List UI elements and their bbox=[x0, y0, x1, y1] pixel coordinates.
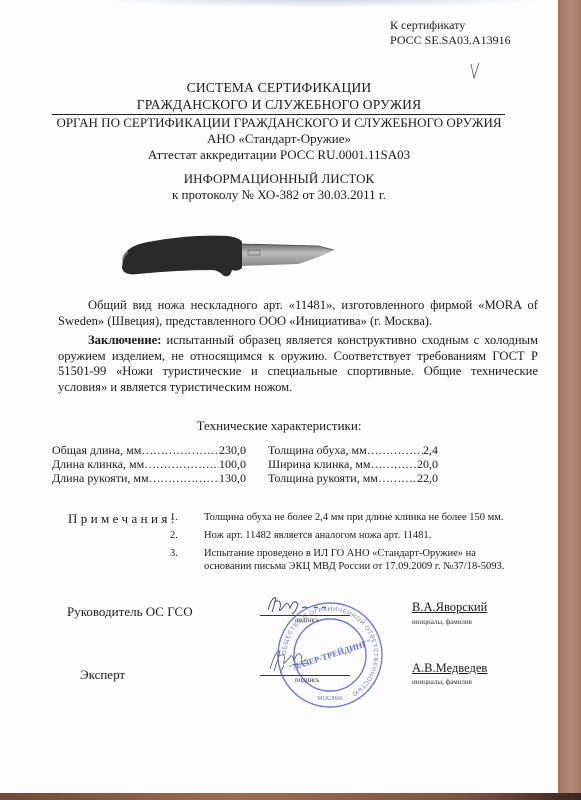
title-line1: ИНФОРМАЦИОННЫЙ ЛИСТОК bbox=[0, 171, 558, 187]
spec-value: 230,0 bbox=[219, 443, 246, 457]
system-title-line1: СИСТЕМА СЕРТИФИКАЦИИ bbox=[0, 79, 558, 96]
notes-list: 1.Толщина обуха не более 2,4 мм при длин… bbox=[170, 511, 510, 578]
organization-name: АНО «Стандарт-Оружие» bbox=[0, 131, 558, 147]
background-surface bbox=[558, 0, 581, 800]
certification-body: ОРГАН ПО СЕРТИФИКАЦИИ ГРАЖДАНСКОГО И СЛУ… bbox=[0, 115, 558, 163]
signatory-name: В.А.Яворский bbox=[412, 600, 487, 615]
notes-label: Примечания: bbox=[68, 511, 178, 527]
note-text: Толщина обуха не более 2,4 мм при длине … bbox=[204, 511, 504, 524]
spec-label: Толщина рукояти, мм bbox=[268, 471, 378, 485]
name-caption: инициалы, фамилия bbox=[412, 618, 472, 626]
spec-row: Ширина клинка, мм20,0 bbox=[268, 457, 438, 471]
note-text: Испытание проведено в ИЛ ГО АНО «Стандар… bbox=[204, 547, 510, 573]
spec-label: Толщина обуха, мм bbox=[268, 443, 367, 457]
note-number: 3. bbox=[170, 547, 204, 573]
stamp-city-text: МОСКВА bbox=[317, 696, 342, 702]
background-surface-bottom bbox=[0, 793, 581, 800]
certificate-ref-label: К сертификату bbox=[390, 18, 511, 33]
spec-row: Толщина обуха, мм2,4 bbox=[268, 443, 438, 457]
spec-value: 2,4 bbox=[423, 443, 438, 457]
specs-title: Технические характеристики: bbox=[0, 418, 558, 434]
signatory-role: Эксперт bbox=[80, 667, 125, 683]
note-item: 1.Толщина обуха не более 2,4 мм при длин… bbox=[170, 511, 510, 524]
protocol-reference: к протоколу № ХО-382 от 30.03.2011 г. bbox=[0, 187, 558, 203]
signatory-role: Руководитель ОС ГСО bbox=[67, 604, 193, 620]
spec-label: Длина клинка, мм bbox=[52, 457, 144, 471]
note-text: Нож арт. 11482 является аналогом ножа ар… bbox=[204, 529, 431, 542]
system-header: СИСТЕМА СЕРТИФИКАЦИИ ГРАЖДАНСКОГО И СЛУЖ… bbox=[0, 79, 558, 113]
spec-row: Толщина рукояти, мм22,0 bbox=[268, 471, 438, 485]
spec-label: Ширина клинка, мм bbox=[268, 457, 371, 471]
description-text: Общий вид ножа нескладного арт. «11481»,… bbox=[58, 298, 538, 328]
certificate-ref-number: РОСС SE.SA03.A13916 bbox=[390, 33, 511, 48]
spec-row: Длина клинка, мм100,0 bbox=[52, 457, 246, 471]
knife-description: Общий вид ножа нескладного арт. «11481»,… bbox=[58, 298, 538, 329]
signatory-name: А.В.Медведев bbox=[412, 661, 487, 676]
stamp-center-text: "ЛАЗЕР-ТРЕЙДИНГ" bbox=[287, 637, 373, 674]
certificate-reference: К сертификату РОСС SE.SA03.A13916 bbox=[390, 18, 511, 48]
specs-left-column: Общая длина, мм230,0 Длина клинка, мм100… bbox=[52, 443, 246, 485]
organization-stamp: ОБЩЕСТВО С ОГРАНИЧЕННОЙ ОТВЕТСТВЕННОСТЬЮ… bbox=[265, 600, 395, 710]
checkmark-icon bbox=[470, 62, 480, 80]
knife-photo bbox=[118, 220, 338, 282]
spec-row: Длина рукояти, мм130,0 bbox=[52, 471, 246, 485]
document-title: ИНФОРМАЦИОННЫЙ ЛИСТОК к протоколу № ХО-3… bbox=[0, 171, 558, 203]
specs-right-column: Толщина обуха, мм2,4 Ширина клинка, мм20… bbox=[268, 443, 438, 485]
spec-value: 22,0 bbox=[417, 471, 438, 485]
note-number: 1. bbox=[170, 511, 204, 524]
system-title-line2: ГРАЖДАНСКОГО И СЛУЖЕБНОГО ОРУЖИЯ bbox=[0, 96, 558, 113]
spec-value: 20,0 bbox=[417, 457, 438, 471]
spec-row: Общая длина, мм230,0 bbox=[52, 443, 246, 457]
note-item: 3.Испытание проведено в ИЛ ГО АНО «Станд… bbox=[170, 547, 510, 573]
accreditation-number: Аттестат аккредитации РОСС RU.0001.11SA0… bbox=[0, 147, 558, 163]
note-item: 2.Нож арт. 11482 является аналогом ножа … bbox=[170, 529, 510, 542]
certification-body-name: ОРГАН ПО СЕРТИФИКАЦИИ ГРАЖДАНСКОГО И СЛУ… bbox=[0, 115, 558, 131]
note-number: 2. bbox=[170, 529, 204, 542]
name-caption: инициалы, фамилия bbox=[412, 678, 472, 686]
spec-value: 100,0 bbox=[219, 457, 246, 471]
spec-value: 130,0 bbox=[219, 471, 246, 485]
conclusion-label: Заключение: bbox=[88, 333, 161, 347]
spec-label: Длина рукояти, мм bbox=[52, 471, 149, 485]
conclusion: Заключение: испытанный образец является … bbox=[58, 333, 538, 395]
spec-label: Общая длина, мм bbox=[52, 443, 141, 457]
